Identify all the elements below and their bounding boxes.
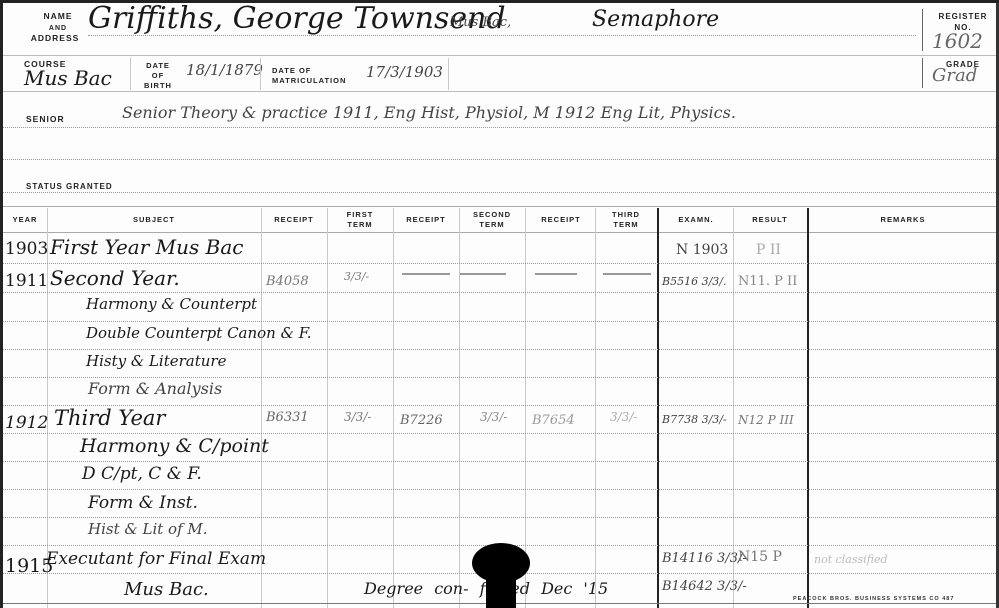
row-result: N15 P xyxy=(738,549,782,565)
row-year: 1912 xyxy=(5,413,48,433)
col-line-receipt2 xyxy=(459,208,460,608)
row-subject: Harmony & Counterpt xyxy=(86,295,257,313)
register-label: REGISTER xyxy=(930,11,996,22)
row-result: N12 P III xyxy=(738,413,794,427)
row-third-term: 3/3/- xyxy=(610,410,637,424)
row-first-term: 3/3/- xyxy=(344,410,371,424)
row-subject: Form & Inst. xyxy=(88,493,198,513)
row-subject: Histy & Literature xyxy=(86,352,226,370)
status-underline xyxy=(3,192,996,193)
row-remarks: not classified xyxy=(814,553,888,566)
col-header-receipt-2: RECEIPT xyxy=(394,214,458,225)
row-receipt-3: B7654 xyxy=(532,413,575,428)
row-line xyxy=(3,321,996,322)
row-receipt-1: B4058 xyxy=(266,274,309,289)
blank-dash xyxy=(460,273,506,275)
row-subject: Form & Analysis xyxy=(88,379,222,398)
row-line xyxy=(3,517,996,518)
col-line-third-term xyxy=(657,208,659,608)
blank-dash xyxy=(402,273,450,275)
address-label: ADDRESS xyxy=(22,33,88,44)
col-line-second-term xyxy=(525,208,526,608)
course-value: Mus Bac xyxy=(24,66,112,90)
row-line xyxy=(3,433,996,434)
row-line xyxy=(3,349,996,350)
grade-value: Grad xyxy=(932,65,977,86)
row-divider-1 xyxy=(3,55,996,56)
matric-label-2: MATRICULATION xyxy=(272,75,346,86)
row-subject: D C/pt, C & F. xyxy=(82,464,202,484)
row-subject: Mus Bac. xyxy=(124,579,209,600)
row-year: 1903 xyxy=(5,239,48,259)
name-label: NAME xyxy=(28,11,88,22)
senior-underline xyxy=(3,127,996,128)
row-subject: Hist & Lit of M. xyxy=(88,520,208,538)
dob-label-3: BIRTH xyxy=(138,80,178,91)
row-first-term: 3/3/- xyxy=(344,270,369,283)
blank-dash xyxy=(535,273,577,275)
row-line xyxy=(3,377,996,378)
row-receipt-1: B6331 xyxy=(266,410,309,425)
address-underline xyxy=(88,35,916,36)
row-year: 1911 xyxy=(5,271,48,291)
col-header-third-term-2: TERM xyxy=(596,219,656,230)
row-subject: First Year Mus Bac xyxy=(50,235,243,259)
course-divider xyxy=(130,58,131,90)
row-line xyxy=(3,292,996,293)
row-examn: B14116 3/3/- xyxy=(662,551,747,566)
row-examn: B14642 3/3/- xyxy=(662,579,747,594)
row-subject: Second Year. xyxy=(50,266,180,290)
printer-mark: PEACOCK BROS. BUSINESS SYSTEMS CO 487 xyxy=(793,596,954,602)
col-line-result xyxy=(807,208,809,608)
name-note: Mus Bac, xyxy=(450,15,511,30)
matric-divider xyxy=(448,58,449,90)
row-result: N11. P II xyxy=(738,274,797,289)
senior-underline-2 xyxy=(3,159,996,160)
blank-dash xyxy=(603,273,651,275)
row-subject: Harmony & C/point xyxy=(80,435,269,457)
row-receipt-2: B7226 xyxy=(400,413,443,428)
col-header-year: YEAR xyxy=(3,214,47,225)
table-top-line xyxy=(3,206,996,207)
date-of-matriculation-value: 17/3/1903 xyxy=(366,63,443,81)
dob-divider xyxy=(260,58,261,90)
status-granted-label: STATUS GRANTED xyxy=(26,181,113,192)
col-header-receipt-3: RECEIPT xyxy=(526,214,596,225)
punch-hole-stem xyxy=(486,573,516,608)
senior-value: Senior Theory & practice 1911, Eng Hist,… xyxy=(122,103,736,122)
row-examn: B5516 3/3/. xyxy=(662,275,726,288)
col-header-receipt-1: RECEIPT xyxy=(262,214,326,225)
col-header-subject: SUBJECT xyxy=(48,214,260,225)
row-examn: N 1903 xyxy=(676,242,728,258)
row-subject: Executant for Final Exam xyxy=(46,549,266,569)
row-examn: B7738 3/3/- xyxy=(662,413,727,426)
row-line xyxy=(3,263,996,264)
address-value: Semaphore xyxy=(592,7,719,32)
date-of-birth-value: 18/1/1879 xyxy=(186,61,263,79)
row-divider-2 xyxy=(3,91,996,92)
name-value: Griffiths, George Townsend xyxy=(88,1,506,36)
row-line xyxy=(3,461,996,462)
col-line-receipt1 xyxy=(327,208,328,608)
col-line-subject xyxy=(261,208,262,608)
col-line-year xyxy=(47,208,48,608)
row-subject: Third Year xyxy=(54,406,165,430)
row-second-term: 3/3/- xyxy=(480,410,507,424)
col-line-receipt3 xyxy=(595,208,596,608)
col-line-first-term xyxy=(393,208,394,608)
col-line-examn xyxy=(733,208,734,608)
grade-divider xyxy=(922,58,923,88)
table-header-line xyxy=(3,232,996,233)
col-header-second-term-2: TERM xyxy=(460,219,524,230)
col-header-examn: EXAMN. xyxy=(660,214,732,225)
senior-label: SENIOR xyxy=(26,114,65,125)
row-line xyxy=(3,489,996,490)
register-no-value: 1602 xyxy=(932,29,983,53)
record-card: NAME AND ADDRESS Griffiths, George Towns… xyxy=(0,0,999,608)
col-header-remarks: REMARKS xyxy=(810,214,996,225)
col-header-first-term-2: TERM xyxy=(328,219,392,230)
row-subject: Double Counterpt Canon & F. xyxy=(86,324,312,342)
register-divider xyxy=(922,9,923,51)
col-header-result: RESULT xyxy=(734,214,806,225)
row-result: P II xyxy=(756,242,781,258)
